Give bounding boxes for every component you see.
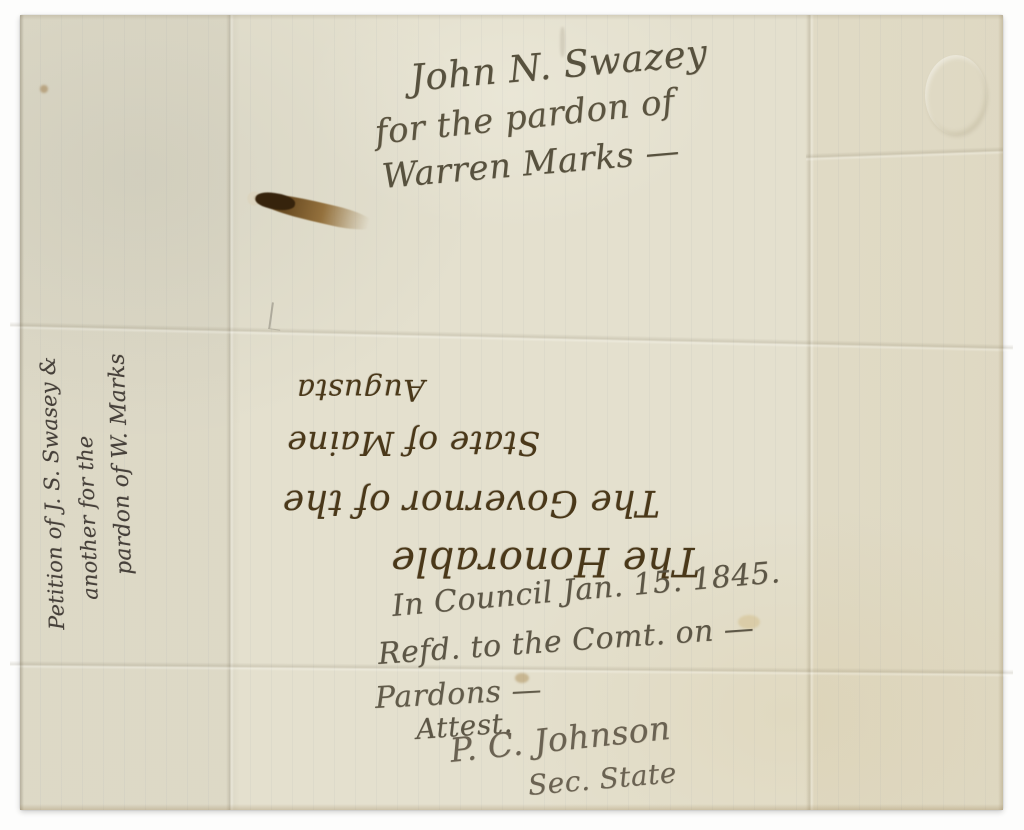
pencil-mark xyxy=(268,302,284,330)
vertical-fold-right xyxy=(806,15,814,810)
horizontal-crease-top-right xyxy=(806,147,1003,162)
paper-edge-top xyxy=(20,15,1003,20)
address-governor: The Governor of the xyxy=(290,477,660,527)
side-docket-rotated: Petition of J. S. Swasey & another for t… xyxy=(35,335,157,630)
address-block-upside-down: The Honorable The Governor of the State … xyxy=(290,341,710,589)
ink-smear-blob xyxy=(254,190,296,212)
secretary-signature-title: Sec. State xyxy=(527,756,678,802)
photo-background: John N. Swazey for the pardon of Warren … xyxy=(0,0,1024,830)
address-city: Augusta xyxy=(290,367,425,411)
paper-edge-bottom xyxy=(20,804,1003,810)
paper-edge-right xyxy=(998,15,1003,810)
side-docket-text: Petition of J. S. Swasey & another for t… xyxy=(35,335,157,630)
stain-spot xyxy=(40,85,48,93)
address-state: State of Maine xyxy=(290,419,540,467)
ink-smear xyxy=(251,188,374,235)
embossed-seal xyxy=(925,55,987,135)
paper-edge-left xyxy=(20,15,24,810)
side-docket-line3: pardon of W. Marks xyxy=(99,334,143,575)
vertical-fold-left xyxy=(226,15,234,810)
document-paper: John N. Swazey for the pardon of Warren … xyxy=(20,15,1003,810)
